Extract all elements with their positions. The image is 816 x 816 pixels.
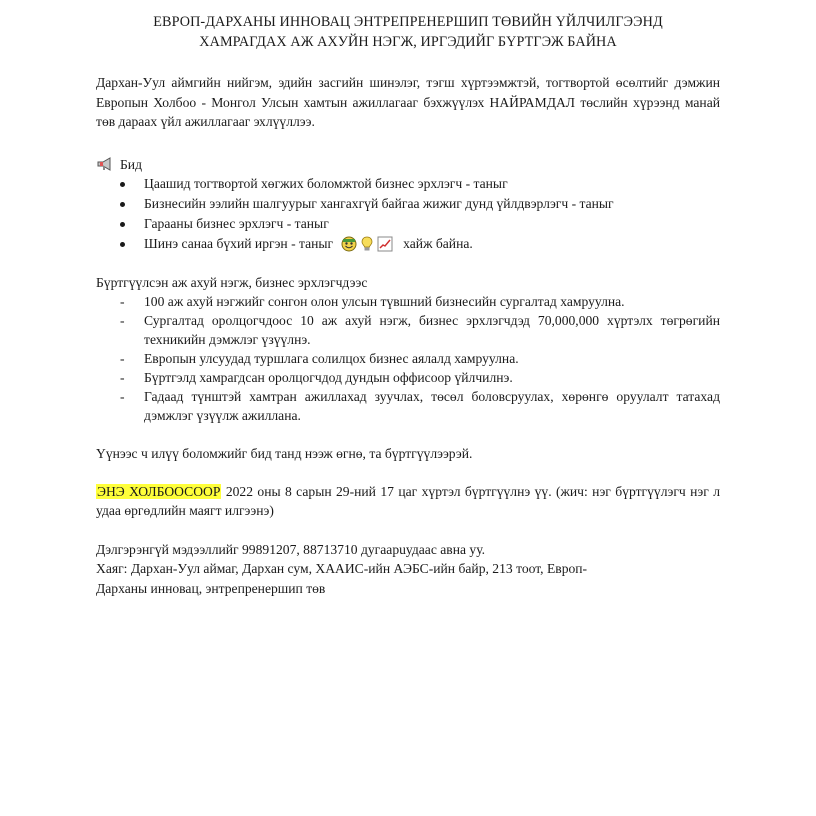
list-item: -Гадаад түнштэй хамтран ажиллахад зуучла…: [118, 387, 720, 425]
bullet-dot: [120, 222, 125, 227]
megaphone-icon: [96, 157, 114, 171]
dash-marker: -: [120, 349, 125, 368]
dash-marker: -: [120, 387, 125, 406]
smiling-face-icon: [341, 236, 357, 252]
address-line-2: Дарханы инновац, энтрепренершип төв: [96, 579, 720, 599]
emoji-group: [341, 236, 393, 252]
dash-marker: -: [120, 311, 125, 330]
document-page: ЕВРОП-ДАРХАНЫ ИННОВАЦ ЭНТРЕПРЕНЕРШИП ТӨВ…: [96, 8, 720, 598]
list-item: Шинэ санаа бүхий иргэн - таныгхайж байна…: [118, 234, 720, 254]
registration-link[interactable]: ЭНЭ ХОЛБООСООР: [96, 484, 221, 499]
document-title: ЕВРОП-ДАРХАНЫ ИННОВАЦ ЭНТРЕПРЕНЕРШИП ТӨВ…: [96, 12, 720, 52]
we-list: Цаашид тогтвортой хөгжих боломжтой бизне…: [96, 174, 720, 254]
list-item: -Сургалтад оролцогчдоос 10 аж ахуй нэгж,…: [118, 311, 720, 349]
we-heading: Бид: [96, 155, 720, 174]
bullet-dot: [120, 182, 125, 187]
benefits-list: -100 аж ахуй нэгжийг сонгон олон улсын т…: [96, 292, 720, 425]
list-item: Цаашид тогтвортой хөгжих боломжтой бизне…: [118, 174, 720, 194]
list-item: -Европын улсуудад туршлага солилцох бизн…: [118, 349, 720, 368]
list-item: -100 аж ахуй нэгжийг сонгон олон улсын т…: [118, 292, 720, 311]
chart-increasing-icon: [377, 236, 393, 252]
intro-paragraph: Дархан-Уул аймгийн нийгэм, эдийн засгийн…: [96, 73, 720, 132]
title-line-1: ЕВРОП-ДАРХАНЫ ИННОВАЦ ЭНТРЕПРЕНЕРШИП ТӨВ…: [96, 12, 720, 32]
list-item: Бизнесийн ээлийн шалгуурыг хангахгүй бай…: [118, 194, 720, 214]
title-line-2: ХАМРАГДАХ АЖ АХУЙН НЭГЖ, ИРГЭДИЙГ БҮРТГЭ…: [96, 32, 720, 52]
list-item: -Бүртгэлд хамрагдсан оролцогчдод дундын …: [118, 368, 720, 387]
we-heading-label: Бид: [120, 155, 142, 174]
more-opportunities-text: Үүнээс ч илүү боломжийг бид танд нээж өг…: [96, 444, 720, 463]
contact-info-line: Дэлгэрэнгүй мэдээллийг 99891207, 8871371…: [96, 540, 720, 560]
list-item: Гарааны бизнес эрхлэгч - таныг: [118, 214, 720, 234]
dash-marker: -: [120, 368, 125, 387]
light-bulb-icon: [359, 236, 375, 252]
benefits-heading: Бүртгүүлсэн аж ахуй нэгж, бизнес эрхлэгч…: [96, 273, 720, 292]
dash-marker: -: [120, 292, 125, 311]
registration-paragraph: ЭНЭ ХОЛБООСООР 2022 оны 8 сарын 29-ний 1…: [96, 482, 720, 521]
address-line-1: Хаяг: Дархан-Уул аймаг, Дархан сум, ХААИ…: [96, 559, 720, 579]
contact-block: Дэлгэрэнгүй мэдээллийг 99891207, 8871371…: [96, 540, 720, 599]
bullet-dot: [120, 242, 125, 247]
bullet-dot: [120, 202, 125, 207]
we-last-suffix: хайж байна.: [403, 236, 473, 251]
